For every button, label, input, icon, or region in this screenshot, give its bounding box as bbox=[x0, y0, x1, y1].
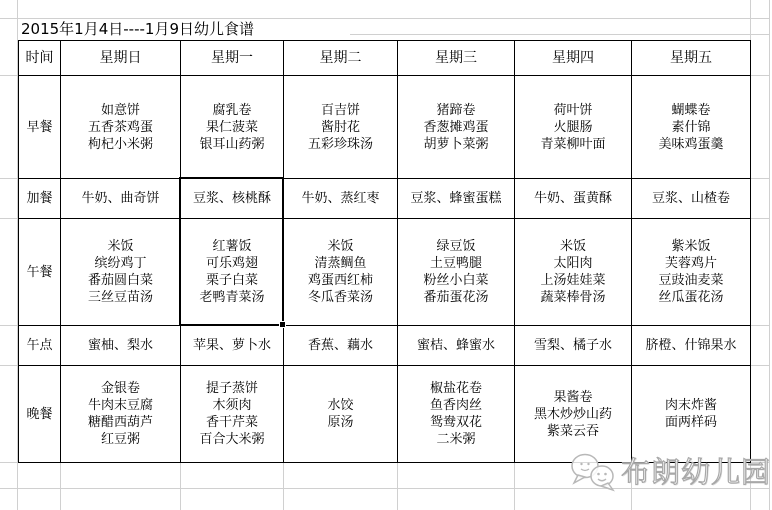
menu-item-line: 紫菜云吞 bbox=[515, 423, 631, 440]
menu-item-line: 糖醋西葫芦 bbox=[61, 414, 180, 431]
menu-item-line: 丝瓜蛋花汤 bbox=[632, 289, 750, 306]
menu-item-line: 蔬菜棒骨汤 bbox=[515, 289, 631, 306]
menu-item-line: 蜜桔、蜂蜜水 bbox=[398, 337, 514, 354]
menu-item-line: 栗子白菜 bbox=[181, 272, 283, 289]
menu-item-line: 美味鸡蛋羹 bbox=[632, 136, 750, 153]
gridline bbox=[397, 462, 398, 510]
row-label-afternoon-snack[interactable]: 午点 bbox=[19, 326, 61, 366]
watermark-text: 布朗幼儿园 bbox=[621, 456, 771, 488]
menu-cell[interactable]: 豆浆、蜂蜜蛋糕 bbox=[398, 179, 515, 219]
menu-item-line: 香蕉、藕水 bbox=[284, 337, 397, 354]
menu-item-line: 豆浆、山楂卷 bbox=[632, 190, 750, 207]
menu-cell[interactable]: 如意饼 五香茶鸡蛋 枸杞小米粥 bbox=[61, 76, 181, 179]
menu-item-line: 百吉饼 bbox=[284, 102, 397, 119]
header-row: 时间 星期日 星期一 星期二 星期三 星期四 星期五 bbox=[19, 41, 751, 76]
menu-item-line: 火腿肠 bbox=[515, 119, 631, 136]
menu-item-line: 鱼香肉丝 bbox=[398, 397, 514, 414]
watermark: 布朗幼儿园 bbox=[568, 449, 771, 495]
spreadsheet: 2015年1月4日----1月9日幼儿食谱 时间 星期日 星期一 星期二 星期三… bbox=[0, 0, 772, 510]
row-label-morning-snack[interactable]: 加餐 bbox=[19, 179, 61, 219]
menu-cell[interactable]: 水饺 原汤 bbox=[284, 366, 398, 463]
menu-table: 时间 星期日 星期一 星期二 星期三 星期四 星期五 早餐 如意饼 五香茶鸡蛋 … bbox=[18, 40, 751, 463]
menu-item-line: 素什锦 bbox=[632, 119, 750, 136]
menu-item-line: 如意饼 bbox=[61, 102, 180, 119]
gridline bbox=[283, 462, 284, 510]
menu-item-line: 提子蒸饼 bbox=[181, 380, 283, 397]
menu-item-line: 黑木炒炒山药 bbox=[515, 406, 631, 423]
speech-bubbles-logo-icon bbox=[568, 449, 618, 495]
row-label-breakfast[interactable]: 早餐 bbox=[19, 76, 61, 179]
sheet-title[interactable]: 2015年1月4日----1月9日幼儿食谱 bbox=[21, 20, 254, 39]
gridline bbox=[60, 462, 61, 510]
menu-item-line: 绿豆饭 bbox=[398, 238, 514, 255]
menu-item-line: 肉末炸酱 bbox=[632, 397, 750, 414]
menu-item-line: 香干芹菜 bbox=[181, 414, 283, 431]
menu-item-line: 胡萝卜菜粥 bbox=[398, 136, 514, 153]
menu-item-line: 青菜柳叶面 bbox=[515, 136, 631, 153]
menu-cell[interactable]: 金银卷 牛肉末豆腐 糖醋西葫芦 红豆粥 bbox=[61, 366, 181, 463]
menu-item-line: 果仁菠菜 bbox=[181, 119, 283, 136]
menu-cell[interactable]: 提子蒸饼 木须肉 香干芹菜 百合大米粥 bbox=[181, 366, 284, 463]
menu-item-line: 可乐鸡翅 bbox=[181, 255, 283, 272]
gridline bbox=[769, 0, 770, 510]
menu-item-line: 蝴蝶卷 bbox=[632, 102, 750, 119]
menu-item-line: 椒盐花卷 bbox=[398, 380, 514, 397]
menu-item-line: 雪梨、橘子水 bbox=[515, 337, 631, 354]
menu-item-line: 鸳鸯双花 bbox=[398, 414, 514, 431]
menu-item-line: 五彩珍珠汤 bbox=[284, 136, 397, 153]
menu-cell[interactable]: 雪梨、橘子水 bbox=[515, 326, 632, 366]
gridline bbox=[180, 462, 181, 510]
menu-item-line: 金银卷 bbox=[61, 380, 180, 397]
menu-cell[interactable]: 豆浆、核桃酥 bbox=[181, 179, 284, 219]
menu-item-line: 面两样码 bbox=[632, 414, 750, 431]
gridline bbox=[0, 18, 769, 19]
gridline bbox=[514, 462, 515, 510]
table-row-dinner: 晚餐 金银卷 牛肉末豆腐 糖醋西葫芦 红豆粥 提子蒸饼 木须肉 香干芹菜 百合大… bbox=[19, 366, 751, 463]
menu-item-line: 红豆粥 bbox=[61, 431, 180, 448]
menu-cell-selected[interactable]: 红薯饭 可乐鸡翅 栗子白菜 老鸭青菜汤 bbox=[181, 219, 284, 326]
menu-item-line: 百合大米粥 bbox=[181, 431, 283, 448]
menu-item-line: 荷叶饼 bbox=[515, 102, 631, 119]
menu-item-line: 牛奶、蛋黄酥 bbox=[515, 190, 631, 207]
menu-cell[interactable]: 蜜柚、梨水 bbox=[61, 326, 181, 366]
menu-cell[interactable]: 椒盐花卷 鱼香肉丝 鸳鸯双花 二米粥 bbox=[398, 366, 515, 463]
menu-item-line: 二米粥 bbox=[398, 431, 514, 448]
menu-item-line: 牛奶、曲奇饼 bbox=[61, 190, 180, 207]
menu-item-line: 银耳山药粥 bbox=[181, 136, 283, 153]
menu-item-line: 牛肉末豆腐 bbox=[61, 397, 180, 414]
menu-item-line: 酱肘花 bbox=[284, 119, 397, 136]
menu-cell[interactable]: 米饭 清蒸鲷鱼 鸡蛋西红柿 冬瓜香菜汤 bbox=[284, 219, 398, 326]
menu-item-line: 苹果、萝卜水 bbox=[181, 337, 283, 354]
column-header-monday[interactable]: 星期一 bbox=[181, 41, 284, 76]
table-row-morning-snack: 加餐 牛奶、曲奇饼 豆浆、核桃酥 牛奶、蒸红枣 豆浆、蜂蜜蛋糕 牛奶、蛋黄酥 豆… bbox=[19, 179, 751, 219]
menu-item-line: 牛奶、蒸红枣 bbox=[284, 190, 397, 207]
menu-item-line: 腐乳卷 bbox=[181, 102, 283, 119]
menu-cell[interactable]: 荷叶饼 火腿肠 青菜柳叶面 bbox=[515, 76, 632, 179]
menu-cell[interactable]: 百吉饼 酱肘花 五彩珍珠汤 bbox=[284, 76, 398, 179]
menu-cell[interactable]: 果酱卷 黑木炒炒山药 紫菜云吞 bbox=[515, 366, 632, 463]
menu-item-line: 老鸭青菜汤 bbox=[181, 289, 283, 306]
menu-item-line: 脐橙、什锦果水 bbox=[632, 337, 750, 354]
menu-item-line: 豆浆、核桃酥 bbox=[181, 190, 283, 207]
menu-item-line: 米饭 bbox=[61, 238, 180, 255]
menu-cell[interactable]: 腐乳卷 果仁菠菜 银耳山药粥 bbox=[181, 76, 284, 179]
column-header-tuesday[interactable]: 星期二 bbox=[284, 41, 398, 76]
menu-item-line: 果酱卷 bbox=[515, 389, 631, 406]
menu-item-line: 粉丝小白菜 bbox=[398, 272, 514, 289]
menu-item-line: 三丝豆苗汤 bbox=[61, 289, 180, 306]
menu-item-line: 紫米饭 bbox=[632, 238, 750, 255]
menu-item-line: 水饺 bbox=[284, 397, 397, 414]
menu-cell[interactable]: 香蕉、藕水 bbox=[284, 326, 398, 366]
menu-item-line: 番茄圆白菜 bbox=[61, 272, 180, 289]
menu-cell[interactable]: 苹果、萝卜水 bbox=[181, 326, 284, 366]
menu-item-line: 蜜柚、梨水 bbox=[61, 337, 180, 354]
gridline bbox=[350, 34, 769, 35]
menu-cell[interactable]: 牛奶、蒸红枣 bbox=[284, 179, 398, 219]
menu-item-line: 米饭 bbox=[284, 238, 397, 255]
column-header-friday[interactable]: 星期五 bbox=[632, 41, 751, 76]
menu-item-line: 太阳肉 bbox=[515, 255, 631, 272]
menu-cell[interactable]: 蜜桔、蜂蜜水 bbox=[398, 326, 515, 366]
menu-item-line: 鸡蛋西红柿 bbox=[284, 272, 397, 289]
menu-item-line: 上汤娃娃菜 bbox=[515, 272, 631, 289]
menu-item-line: 豆浆、蜂蜜蛋糕 bbox=[398, 190, 514, 207]
menu-item-line: 土豆鸭腿 bbox=[398, 255, 514, 272]
gridline bbox=[750, 0, 751, 40]
menu-cell[interactable]: 脐橙、什锦果水 bbox=[632, 326, 751, 366]
menu-item-line: 番茄蛋花汤 bbox=[398, 289, 514, 306]
menu-cell[interactable]: 豆浆、山楂卷 bbox=[632, 179, 751, 219]
menu-cell[interactable]: 蝴蝶卷 素什锦 美味鸡蛋羹 bbox=[632, 76, 751, 179]
table-row-lunch: 午餐 米饭 缤纷鸡丁 番茄圆白菜 三丝豆苗汤 红薯饭 可乐鸡翅 栗子白菜 老鸭青… bbox=[19, 219, 751, 326]
menu-cell[interactable]: 牛奶、蛋黄酥 bbox=[515, 179, 632, 219]
menu-cell[interactable]: 肉末炸酱 面两样码 bbox=[632, 366, 751, 463]
menu-item-line: 原汤 bbox=[284, 414, 397, 431]
table-row-breakfast: 早餐 如意饼 五香茶鸡蛋 枸杞小米粥 腐乳卷 果仁菠菜 银耳山药粥 百吉饼 酱肘… bbox=[19, 76, 751, 179]
menu-item-line: 枸杞小米粥 bbox=[61, 136, 180, 153]
row-label-dinner[interactable]: 晚餐 bbox=[19, 366, 61, 463]
menu-cell[interactable]: 米饭 缤纷鸡丁 番茄圆白菜 三丝豆苗汤 bbox=[61, 219, 181, 326]
column-header-wednesday[interactable]: 星期三 bbox=[398, 41, 515, 76]
menu-item-line: 清蒸鲷鱼 bbox=[284, 255, 397, 272]
menu-item-line: 豆豉油麦菜 bbox=[632, 272, 750, 289]
menu-item-line: 香葱摊鸡蛋 bbox=[398, 119, 514, 136]
menu-cell[interactable]: 猪蹄卷 香葱摊鸡蛋 胡萝卜菜粥 bbox=[398, 76, 515, 179]
menu-cell[interactable]: 牛奶、曲奇饼 bbox=[61, 179, 181, 219]
menu-item-line: 五香茶鸡蛋 bbox=[61, 119, 180, 136]
column-header-time[interactable]: 时间 bbox=[19, 41, 61, 76]
menu-item-line: 猪蹄卷 bbox=[398, 102, 514, 119]
column-header-sunday[interactable]: 星期日 bbox=[61, 41, 181, 76]
menu-cell[interactable]: 米饭 太阳肉 上汤娃娃菜 蔬菜棒骨汤 bbox=[515, 219, 632, 326]
menu-item-line: 米饭 bbox=[515, 238, 631, 255]
table-row-afternoon-snack: 午点 蜜柚、梨水 苹果、萝卜水 香蕉、藕水 蜜桔、蜂蜜水 雪梨、橘子水 脐橙、什… bbox=[19, 326, 751, 366]
menu-item-line: 木须肉 bbox=[181, 397, 283, 414]
menu-item-line: 缤纷鸡丁 bbox=[61, 255, 180, 272]
row-label-lunch[interactable]: 午餐 bbox=[19, 219, 61, 326]
menu-item-line: 红薯饭 bbox=[181, 238, 283, 255]
menu-item-line: 冬瓜香菜汤 bbox=[284, 289, 397, 306]
menu-cell[interactable]: 紫米饭 芙蓉鸡片 豆豉油麦菜 丝瓜蛋花汤 bbox=[632, 219, 751, 326]
column-header-thursday[interactable]: 星期四 bbox=[515, 41, 632, 76]
menu-item-line: 芙蓉鸡片 bbox=[632, 255, 750, 272]
menu-cell[interactable]: 绿豆饭 土豆鸭腿 粉丝小白菜 番茄蛋花汤 bbox=[398, 219, 515, 326]
